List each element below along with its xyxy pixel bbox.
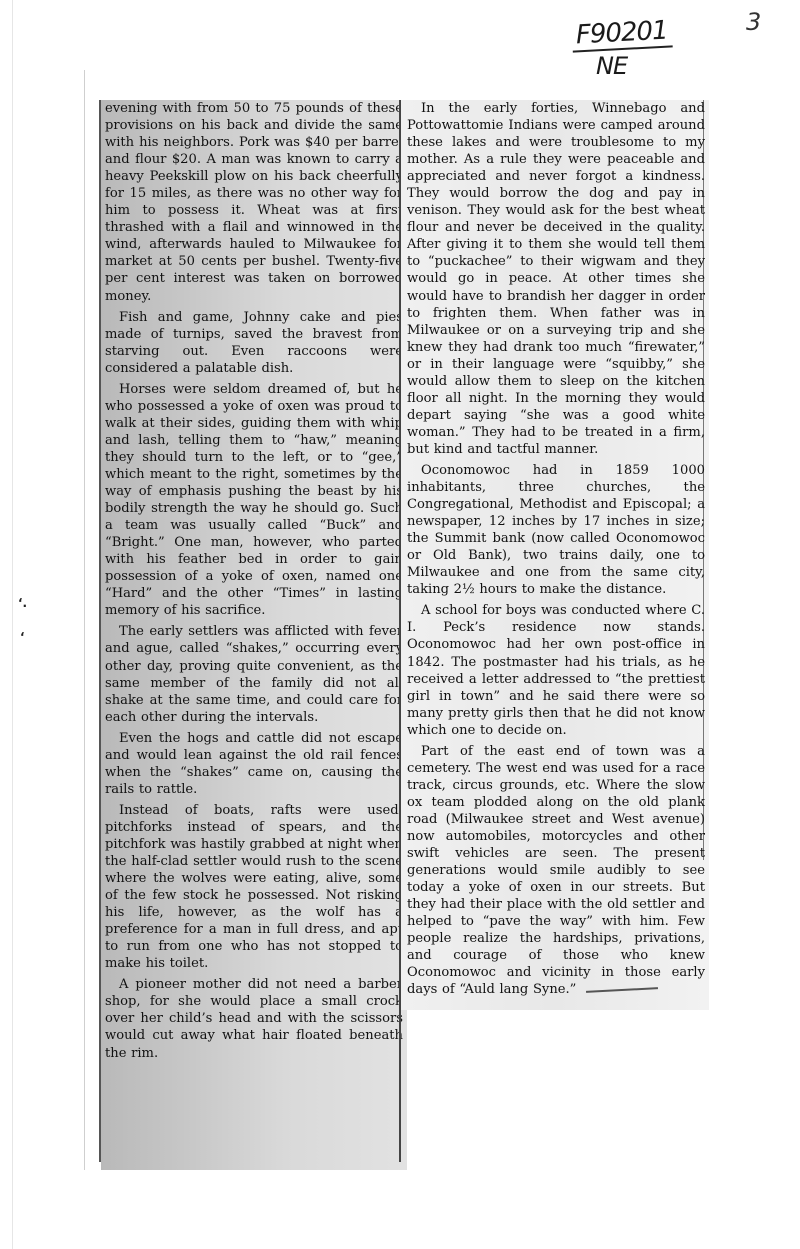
reference-sub: NE — [596, 54, 672, 78]
paragraph: Instead of boats, rafts were used; pitch… — [105, 802, 403, 972]
article-end-rule — [586, 987, 658, 993]
paragraph: A school for boys was conducted where C.… — [407, 602, 705, 738]
paragraph: Horses were seldom dreamed of, but he wh… — [105, 381, 403, 620]
margin-mark: ‘. — [18, 596, 27, 610]
margin-mark: ‘ — [20, 630, 25, 644]
page-number: 3 — [746, 8, 761, 36]
paragraph: The early settlers was afflicted with fe… — [105, 623, 403, 725]
reference-number: F90201 — [571, 17, 672, 52]
paragraph: In the early forties, Winnebago and Pott… — [407, 100, 705, 458]
newspaper-clipping: evening with from 50 to 75 pounds of the… — [97, 100, 705, 1160]
left-column: evening with from 50 to 75 pounds of the… — [101, 100, 407, 1170]
paragraph: Part of the east end of town was a cemet… — [407, 743, 705, 999]
paragraph: Even the hogs and cattle did not escape … — [105, 730, 403, 798]
right-column: In the early forties, Winnebago and Pott… — [401, 100, 709, 1010]
scan-edge-inner — [84, 70, 85, 1170]
paragraph: Oconomowoc had in 1859 1000 inhabitants,… — [407, 462, 705, 598]
paragraph: Fish and game, Johnny cake and pies made… — [105, 309, 403, 377]
archive-reference-annotation: F90201 NE — [572, 20, 672, 78]
paragraph: evening with from 50 to 75 pounds of the… — [105, 100, 403, 305]
paragraph: A pioneer mother did not need a barber s… — [105, 976, 403, 1061]
scan-edge — [12, 0, 13, 1249]
